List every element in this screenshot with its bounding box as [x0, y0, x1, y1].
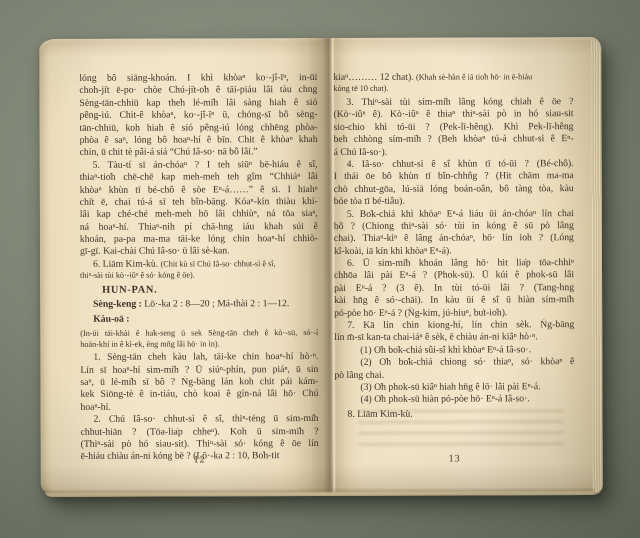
text-line: tān-chhiū, koh hiah ê sió pêng-iú lóng c…: [79, 122, 317, 135]
text-line: chin, ū chit tè pâi-á siá “Chú Iâ-so· nā…: [80, 146, 318, 159]
text-line: 1. Sèng-tān cheh kàu lah, tāi-ke chin ho…: [80, 351, 318, 364]
text-line: HUN-PAN.: [80, 284, 318, 297]
text-line: kiaⁿ……… 12 chat). (Khah sè-hàn ê iā tio̍…: [333, 71, 573, 84]
text-line: gī-gī. Kai-chài Chú Iâ-so· ū lâi sè-kan.: [80, 245, 318, 258]
text-line: hoaⁿ-hí.: [80, 401, 318, 414]
text-line: beh chhòng sím-mi̍h ? (Beh khòaⁿ tú-á ch…: [334, 133, 574, 146]
text-line: kî-koài, iā kín khì khòaⁿ Eⁿ-á).: [334, 245, 574, 258]
text-line: khòaⁿ khùn tī bé-chô ê sòe Eⁿ-á……” ê si.…: [80, 184, 318, 197]
text-line: pài Eⁿ-á ? (3 ê). In tùi tó-ūi lâi ? (Ta…: [334, 282, 574, 295]
text-line: (Thiⁿ-sài pò hó siau-sit). Thiⁿ-sài só· …: [81, 438, 319, 451]
text-line: pó-pòe hō· Eⁿ-á ? (N̂g-kim, jú-hiuⁿ, bu̍…: [334, 307, 574, 320]
right-page-text: kiaⁿ……… 12 chat). (Khah sè-hàn ê iā tio̍…: [333, 71, 574, 421]
text-line: bóe tòa tī bé-tiâu).: [334, 195, 574, 208]
open-book: lóng bô siāng-khoán. I khì khòaⁿ ko·-jî-…: [39, 37, 603, 497]
text-line: I thái ōe bô khùn tī bîn-chhn̂g ? (Hit c…: [334, 170, 574, 183]
text-line: bô ? (Chiong thiⁿ-sài só· tùi in kóng ê …: [334, 220, 574, 233]
text-line: ná hoaⁿ-hí. Thiaⁿ-nih pí chā-hng iáu kha…: [80, 221, 318, 234]
text-line: 2. Chú Iâ-so· chhut-sì ê sî, thiⁿ-téng ū…: [81, 413, 319, 426]
text-line: chai). Thiaⁿ-kìⁿ ê lâng án-chóaⁿ, hō· lí…: [334, 232, 574, 245]
text-line: chhōa lâi pài Eⁿ-á ? (Phok-sū). Ū kúi ê …: [334, 270, 574, 283]
text-line: choh-ji̍t ē-po· chòe Chú-ji̍t-o̍h ê tāi-…: [79, 84, 317, 97]
text-line: lâi kap ché-ché meh-meh hō lâi chhiùⁿ, n…: [80, 208, 318, 221]
text-line: 6. Ū sim-mi̍h khoán lâng hō· hit lia̍p t…: [334, 257, 574, 270]
text-line: chò chhut-gōa, lú-siā lóng boán-oân, bô …: [334, 183, 574, 196]
text-line: chi̍t ē, chai tú-á sī teh bîn-bāng. Kóaⁿ…: [80, 196, 318, 209]
text-line: (Kò·-iûⁿ ê). Kò·-iûⁿ ê thiaⁿ thiⁿ-sài pò…: [333, 108, 573, 121]
text-line: kài hn̄g ê só·-chāi). In kàu ūi ê sî ū h…: [334, 294, 574, 307]
page-number-right: 13: [335, 453, 575, 465]
text-line: 7. Kā lín chin kiong-hí, lín chin sèk. Ǹ…: [334, 319, 574, 332]
text-line: saⁿ, ū lé-mi̍h sī bô ? Ǹg-bāng lán koh c…: [80, 376, 318, 389]
photo-scene: lóng bô siāng-khoán. I khì khòaⁿ ko·-jî-…: [0, 0, 640, 538]
text-line: kóng tē 10 chat).: [333, 84, 573, 95]
text-line: Sèng-keng : Lō·-ka 2 : 8—20 ; Má-thài 2 …: [80, 298, 318, 311]
text-line: lóng bô siāng-khoán. I khì khòaⁿ ko·-jî-…: [79, 72, 317, 85]
page-edge-bottom: [44, 487, 595, 497]
text-line: thiaⁿ-tio̍h chē-chē kap meh-meh teh gîm …: [80, 171, 318, 184]
text-line: Sèng-tān-chhiū kap the̍h lé-mi̍h lâi sàn…: [79, 97, 317, 110]
text-line: 5. Bo̍k-chiá khì khòaⁿ Eⁿ-á liáu ūi án-c…: [334, 208, 574, 221]
page-number-left: 12: [81, 454, 319, 466]
text-line: (3) O̍h phok-sū kiâⁿ hiah hn̄g ê lō· lâi…: [334, 381, 574, 394]
text-line: á Chú Iâ-so·).: [334, 146, 574, 159]
text-line: sio-chio khì tó-ūi ? (Pek-lī-hêng). Khì …: [333, 121, 573, 134]
text-line: (1) O̍h bo̍k-chiá sûi-sî khì khòaⁿ Eⁿ-á …: [334, 344, 574, 357]
text-line: 8. Liām Kim-kù.: [334, 408, 574, 421]
text-line: hoān-khí in ê kì-ek, ēng mn̄g lâi hō· in…: [80, 339, 318, 350]
text-line: 4. Iâ-so· chhut-sì ê sî khùn tī tó-ūi ? …: [334, 158, 574, 171]
text-line: phòa ê saⁿ, lóng bô hoaⁿ-hí ê bīn. Chit …: [80, 134, 318, 147]
text-line: pêng-iú. Chit-ê khòaⁿ, ko·-jî-īⁿ ū, chón…: [79, 109, 317, 122]
text-line: 6. Liām Kim-kù. (Chit kù sī Chú Iâ-so· c…: [80, 258, 318, 271]
text-line: (4) O̍h phok-sū hiàn pó-pòe hō· Eⁿ-á Iâ-…: [334, 393, 574, 406]
text-line: 3. Thiⁿ-sài tùi sím-mi̍h lâng kóng chiah…: [333, 96, 573, 109]
text-line: khoán, pa-pa ma-ma tāi-ke lóng chin hoaⁿ…: [80, 233, 318, 246]
text-line: (2) O̍h bo̍k-chiá chiong só· thiaⁿ, só· …: [334, 356, 574, 369]
page-fore-edge-right: [591, 40, 603, 493]
text-line: chhut-hiān ? (Tōa-lia̍p chheⁿ). Koh ū si…: [81, 426, 319, 439]
text-line: 5. Tàu-tí sī án-chóaⁿ ? I teh siūⁿ bē-hi…: [80, 159, 318, 172]
left-page-text: lóng bô siāng-khoán. I khì khòaⁿ ko·-jî-…: [79, 72, 318, 464]
text-line: thiⁿ-sài tùi kò·-iûⁿ ê só· kóng ê ōe).: [80, 270, 318, 281]
text-line: Lín sī hoaⁿ-hí sim-mi̍h ? Ū siúⁿ-phín, p…: [80, 364, 318, 377]
text-line: pò lâng chai.: [334, 369, 574, 382]
text-line: (In-ūi tāi-khài ê ha̍k-seng ū sek Sèng-t…: [80, 328, 318, 339]
text-line: lín m̄-sī kan-ta chai-iáⁿ ê sèk, ē chiàu…: [334, 332, 574, 345]
text-line: Kàu-oā :: [80, 313, 318, 326]
text-line: kek Siōng-tè ê in-tiáu, chò koai ê gín-n…: [80, 388, 318, 401]
